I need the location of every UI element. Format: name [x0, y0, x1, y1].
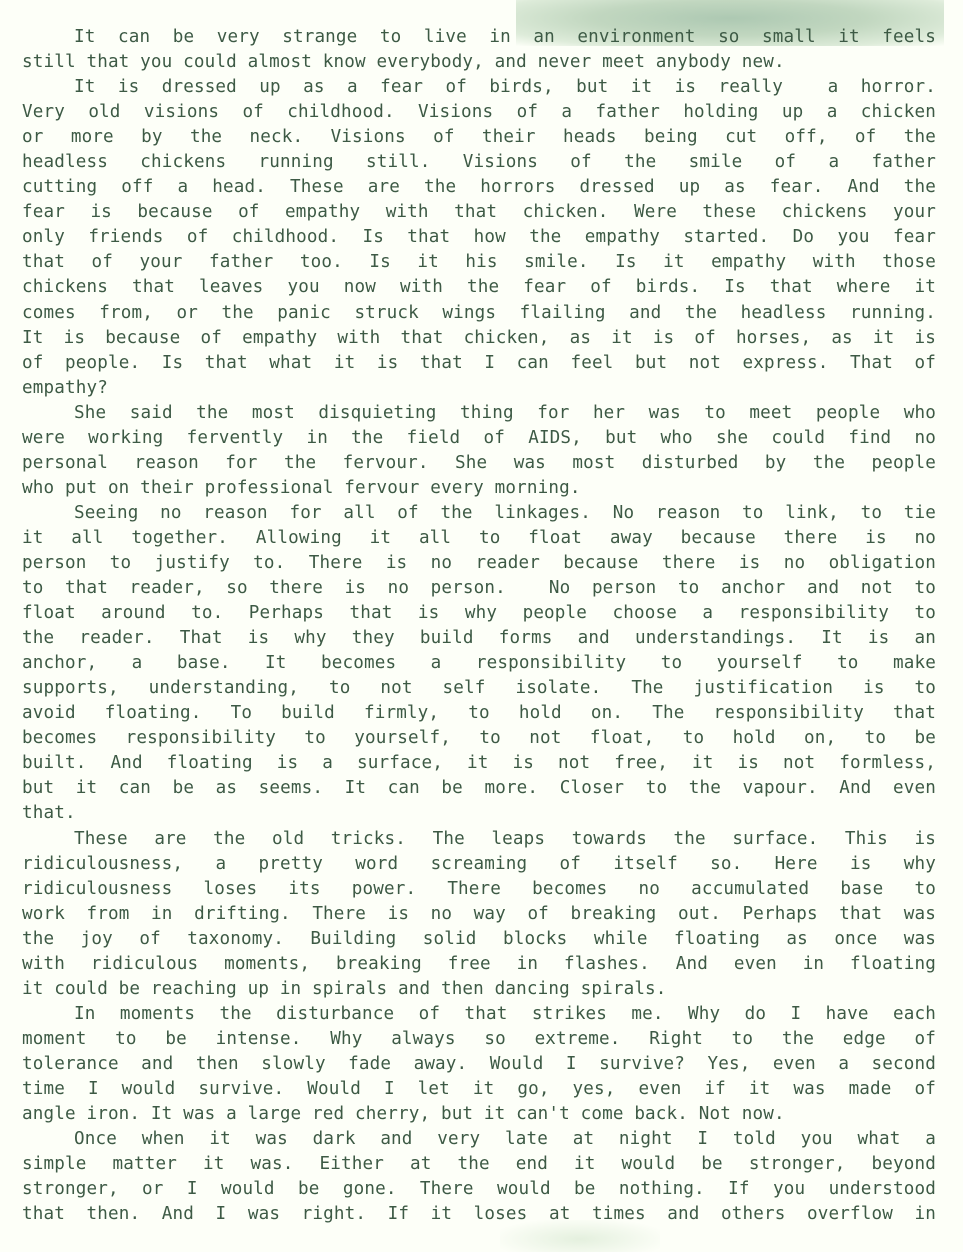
text-line: headless chickens running still. Visions…	[22, 150, 936, 175]
text-line: It is because of empathy with that chick…	[22, 326, 936, 351]
text-line: fear is because of empathy with that chi…	[22, 200, 936, 225]
text-line: built. And floating is a surface, it is …	[22, 751, 936, 776]
text-line: it all together. Allowing it all to floa…	[22, 526, 936, 551]
text-line: empathy?	[22, 376, 936, 401]
text-line: who put on their professional fervour ev…	[22, 476, 936, 501]
text-line: avoid floating. To build firmly, to hold…	[22, 701, 936, 726]
text-line: that.	[22, 801, 936, 826]
text-line: with ridiculous moments, breaking free i…	[22, 952, 936, 977]
text-line: In moments the disturbance of that strik…	[22, 1002, 936, 1027]
text-line: were working fervently in the field of A…	[22, 426, 936, 451]
text-line: to that reader, so there is no person. N…	[22, 576, 936, 601]
paragraph: It is dressed up as a fear of birds, but…	[22, 75, 936, 401]
text-line: that of your father too. Is it his smile…	[22, 250, 936, 275]
typewritten-page: It can be very strange to live in an env…	[22, 25, 936, 1227]
paragraph: Once when it was dark and very late at n…	[22, 1127, 936, 1227]
text-line: anchor, a base. It becomes a responsibil…	[22, 651, 936, 676]
text-line: Seeing no reason for all of the linkages…	[22, 501, 936, 526]
paragraph: She said the most disquieting thing for …	[22, 401, 936, 501]
text-line: These are the old tricks. The leaps towa…	[22, 827, 936, 852]
paragraph: In moments the disturbance of that strik…	[22, 1002, 936, 1127]
text-line: time I would survive. Would I let it go,…	[22, 1077, 936, 1102]
text-line: stronger, or I would be gone. There woul…	[22, 1177, 936, 1202]
text-line: She said the most disquieting thing for …	[22, 401, 936, 426]
text-line: tolerance and then slowly fade away. Wou…	[22, 1052, 936, 1077]
paragraph: Seeing no reason for all of the linkages…	[22, 501, 936, 827]
text-line: of people. Is that what it is that I can…	[22, 351, 936, 376]
text-line: Once when it was dark and very late at n…	[22, 1127, 936, 1152]
text-line: that then. And I was right. If it loses …	[22, 1202, 936, 1227]
text-line: It can be very strange to live in an env…	[22, 25, 936, 50]
text-line: but it can be as seems. It can be more. …	[22, 776, 936, 801]
text-line: simple matter it was. Either at the end …	[22, 1152, 936, 1177]
text-line: chickens that leaves you now with the fe…	[22, 275, 936, 300]
text-line: It is dressed up as a fear of birds, but…	[22, 75, 936, 100]
paragraph: It can be very strange to live in an env…	[22, 25, 936, 75]
text-line: ridiculousness loses its power. There be…	[22, 877, 936, 902]
text-line: ridiculousness, a pretty word screaming …	[22, 852, 936, 877]
text-line: still that you could almost know everybo…	[22, 50, 936, 75]
text-line: person to justify to. There is no reader…	[22, 551, 936, 576]
text-line: the reader. That is why they build forms…	[22, 626, 936, 651]
text-line: personal reason for the fervour. She was…	[22, 451, 936, 476]
text-line: comes from, or the panic struck wings fl…	[22, 301, 936, 326]
paragraph: These are the old tricks. The leaps towa…	[22, 827, 936, 1002]
text-line: becomes responsibility to yourself, to n…	[22, 726, 936, 751]
text-line: or more by the neck. Visions of their he…	[22, 125, 936, 150]
text-line: moment to be intense. Why always so extr…	[22, 1027, 936, 1052]
text-line: the joy of taxonomy. Building solid bloc…	[22, 927, 936, 952]
text-line: work from in drifting. There is no way o…	[22, 902, 936, 927]
text-line: supports, understanding, to not self iso…	[22, 676, 936, 701]
text-line: cutting off a head. These are the horror…	[22, 175, 936, 200]
text-line: only friends of childhood. Is that how t…	[22, 225, 936, 250]
text-line: Very old visions of childhood. Visions o…	[22, 100, 936, 125]
text-line: it could be reaching up in spirals and t…	[22, 977, 936, 1002]
text-line: float around to. Perhaps that is why peo…	[22, 601, 936, 626]
text-line: angle iron. It was a large red cherry, b…	[22, 1102, 936, 1127]
